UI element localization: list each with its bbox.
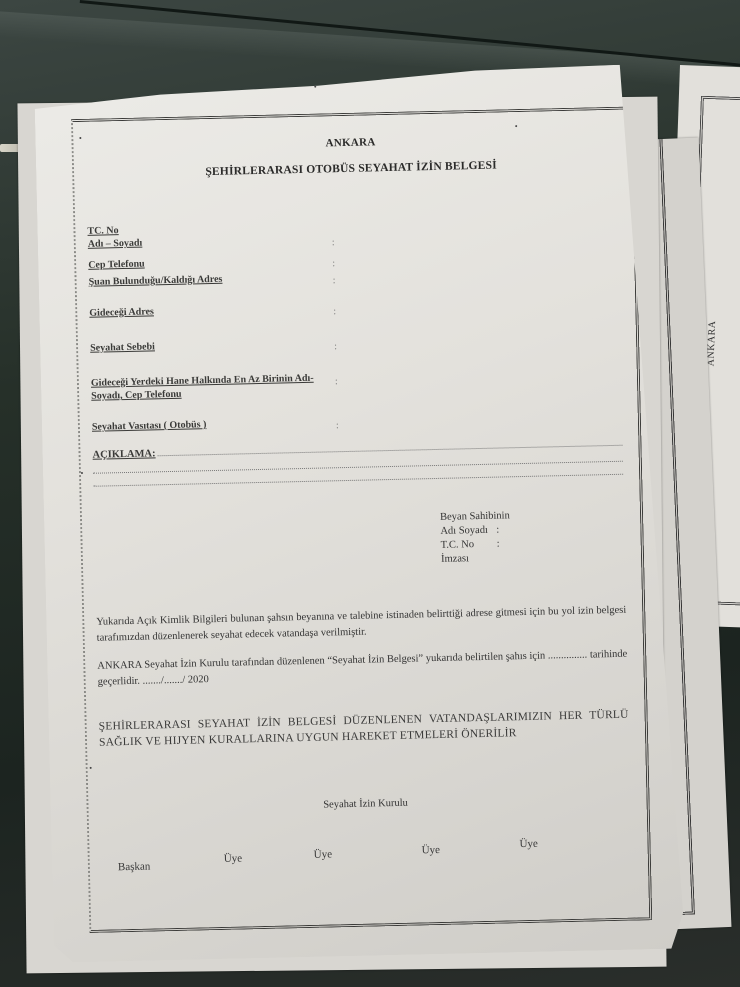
signer-member: Üye <box>519 838 538 850</box>
declarant-block: Beyan Sahibinin Adı Soyadı : T.C. No : İ… <box>440 507 625 567</box>
validity-paragraph: ANKARA Seyahat İzin Kurulu tarafından dü… <box>97 647 628 691</box>
declarant-sep: : <box>497 538 500 552</box>
signer-member: Üye <box>421 844 440 856</box>
field-label: Seyahat Vasıtası ( Otobüs ) <box>92 415 336 434</box>
field-colon: : <box>332 232 342 249</box>
glass-reflection <box>0 10 740 93</box>
field-label: Gideceği Adres <box>89 301 333 320</box>
print-speck <box>81 472 83 474</box>
field-label: Cep Telefonu <box>88 253 332 272</box>
signer-chairman: Başkan <box>118 861 151 874</box>
declarant-row: İmzası <box>441 549 625 567</box>
declarant-key: T.C. No <box>441 538 497 553</box>
issuance-paragraph: Yukarıda Açık Kimlik Bilgileri bulunan ş… <box>96 603 627 647</box>
field-colon: : <box>332 270 342 287</box>
field-destination-address: Gideceği Adres : <box>89 295 619 324</box>
committee-name: Seyahat İzin Kurulu <box>101 793 631 816</box>
explanation-label: AÇIKLAMA: <box>92 448 155 460</box>
document-content: ANKARA ŞEHİRLERARASI OTOBÜS SEYAHAT İZİN… <box>85 125 632 878</box>
document-city: ANKARA <box>85 131 615 155</box>
field-label: Gideceği Yerdeki Hane Halkında En Az Bir… <box>91 371 336 403</box>
field-colon <box>331 219 341 223</box>
health-notice: ŞEHİRLERARASI SEYAHAT İZİN BELGESİ DÜZEN… <box>99 707 630 751</box>
field-colon: : <box>336 415 346 432</box>
field-colon: : <box>333 301 343 318</box>
field-destination-contact: Gideceği Yerdeki Hane Halkında En Az Bir… <box>91 365 621 403</box>
field-label: Seyahat Sebebi <box>90 336 334 355</box>
document-title: ŞEHİRLERARASI OTOBÜS SEYAHAT İZİN BELGES… <box>86 157 616 181</box>
field-colon: : <box>332 253 342 270</box>
permit-document: ANKARA ŞEHİRLERARASI OTOBÜS SEYAHAT İZİN… <box>34 64 684 963</box>
declarant-sep: : <box>496 524 499 538</box>
field-colon: : <box>335 371 345 388</box>
declarant-key: Adı Soyadı <box>440 524 496 539</box>
signer-member: Üye <box>224 852 243 864</box>
field-colon: : <box>334 336 344 353</box>
print-speck <box>79 137 81 139</box>
field-travel-vehicle: Seyahat Vasıtası ( Otobüs ) : <box>92 409 622 438</box>
declarant-key: İmzası <box>441 552 497 567</box>
form-fields: TC. No Adı – Soyadı : Cep Telefonu : Şua… <box>87 213 622 438</box>
print-speck <box>90 767 92 769</box>
signer-member: Üye <box>314 848 333 860</box>
field-travel-reason: Seyahat Sebebi : <box>90 330 620 359</box>
print-speck <box>314 86 316 88</box>
